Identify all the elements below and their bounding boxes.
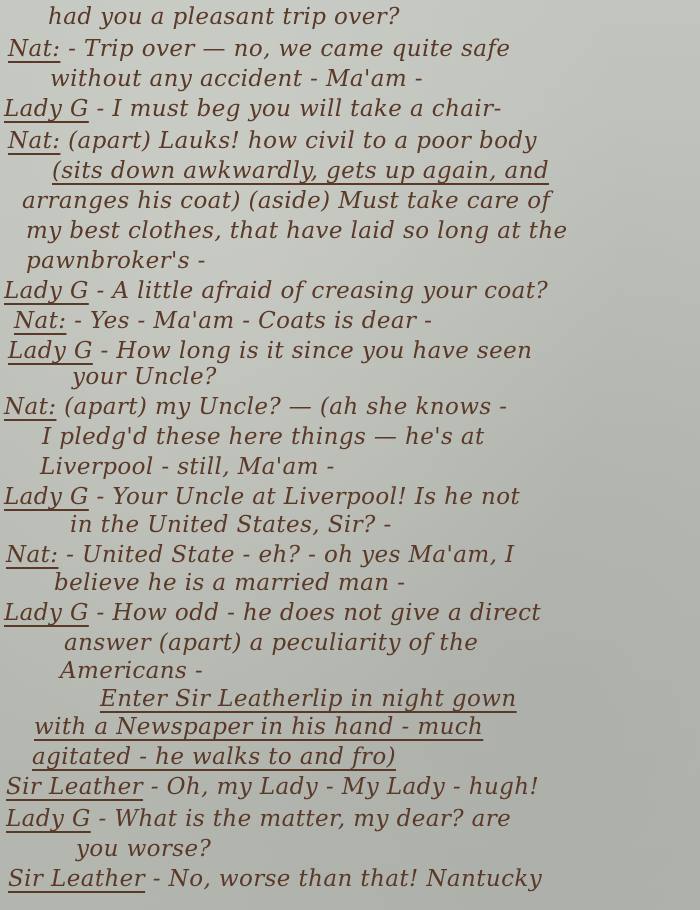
speaker-name: Nat: — [14, 308, 66, 334]
manuscript-line: Americans - — [60, 656, 203, 686]
manuscript-line: in the United States, Sir? - — [70, 510, 392, 540]
manuscript-line: Nat: - United State - eh? - oh yes Ma'am… — [6, 540, 515, 570]
manuscript-page: had you a pleasant trip over? Nat: - Tri… — [0, 0, 700, 910]
line-text: believe he is a married man - — [54, 570, 405, 596]
speaker-name: Lady G — [8, 338, 93, 364]
manuscript-line: believe he is a married man - — [54, 568, 405, 598]
manuscript-line: Nat: (apart) Lauks! how civil to a poor … — [8, 126, 537, 156]
speaker-name: Nat: — [8, 128, 60, 154]
speaker-name: Nat: — [8, 36, 60, 62]
manuscript-line: answer (apart) a peculiarity of the — [64, 628, 478, 658]
line-text: - Your Uncle at Liverpool! Is he not — [97, 484, 521, 510]
line-text: - No, worse than that! Nantucky — [153, 866, 542, 892]
manuscript-line: Nat: - Trip over — no, we came quite saf… — [8, 34, 510, 64]
manuscript-line: had you a pleasant trip over? — [48, 2, 400, 32]
speaker-name: Lady G — [4, 278, 89, 304]
line-text: - How odd - he does not give a direct — [97, 600, 542, 626]
line-text: - I must beg you will take a chair- — [97, 96, 502, 122]
speaker-name: Lady G — [4, 484, 89, 510]
line-text: your Uncle? — [72, 364, 217, 390]
manuscript-line: Nat: (apart) my Uncle? — (ah she knows - — [4, 392, 507, 422]
manuscript-line: Lady G - What is the matter, my dear? ar… — [6, 804, 511, 834]
manuscript-line: Sir Leather - No, worse than that! Nantu… — [8, 864, 542, 894]
manuscript-line: Lady G - Your Uncle at Liverpool! Is he … — [4, 482, 520, 512]
manuscript-line: Liverpool - still, Ma'am - — [40, 452, 335, 482]
line-text: - Yes - Ma'am - Coats is dear - — [74, 308, 432, 334]
line-text: - Trip over — no, we came quite safe — [68, 36, 510, 62]
line-text: in the United States, Sir? - — [70, 512, 392, 538]
line-text: Liverpool - still, Ma'am - — [40, 454, 335, 480]
manuscript-line: I pledg'd these here things — he's at — [42, 422, 485, 452]
manuscript-line: arranges his coat) (aside) Must take car… — [22, 186, 550, 216]
line-text: - Oh, my Lady - My Lady - hugh! — [151, 774, 539, 800]
line-text: I pledg'd these here things — he's at — [42, 424, 485, 450]
line-text: - What is the matter, my dear? are — [99, 806, 512, 832]
line-text: - A little afraid of creasing your coat? — [97, 278, 549, 304]
speaker-name: Nat: — [4, 394, 56, 420]
manuscript-line: my best clothes, that have laid so long … — [26, 216, 568, 246]
speaker-name: Lady G — [4, 600, 89, 626]
line-text: had you a pleasant trip over? — [48, 4, 400, 30]
manuscript-line: (sits down awkwardly, gets up again, and — [52, 156, 549, 186]
line-text: (apart) my Uncle? — (ah she knows - — [64, 394, 507, 420]
stage-direction-line: Enter Sir Leatherlip in night gown — [100, 684, 517, 714]
line-text: pawnbroker's - — [26, 248, 206, 274]
speaker-name: Lady G — [6, 806, 91, 832]
manuscript-line: Lady G - A little afraid of creasing you… — [4, 276, 548, 306]
manuscript-line: you worse? — [76, 834, 211, 864]
line-text: arranges his coat) (aside) Must take car… — [22, 188, 550, 214]
line-text: you worse? — [76, 836, 211, 862]
stage-direction-line: with a Newspaper in his hand - much — [34, 712, 483, 742]
speaker-name: Lady G — [4, 96, 89, 122]
manuscript-line: pawnbroker's - — [26, 246, 206, 276]
line-text: Americans - — [60, 658, 203, 684]
line-text: without any accident - Ma'am - — [50, 66, 423, 92]
manuscript-line: Nat: - Yes - Ma'am - Coats is dear - — [14, 306, 432, 336]
line-text: answer (apart) a peculiarity of the — [64, 630, 478, 656]
manuscript-line: Lady G - How odd - he does not give a di… — [4, 598, 541, 628]
speaker-name: Sir Leather — [8, 866, 145, 892]
stage-direction-line: agitated - he walks to and fro) — [32, 742, 396, 772]
line-text: agitated - he walks to and fro) — [32, 744, 396, 770]
line-text: my best clothes, that have laid so long … — [26, 218, 568, 244]
speaker-name: Sir Leather — [6, 774, 143, 800]
line-text: Enter Sir Leatherlip in night gown — [100, 686, 517, 712]
line-text: (apart) Lauks! how civil to a poor body — [68, 128, 537, 154]
line-text: (sits down awkwardly, gets up again, and — [52, 158, 549, 184]
speaker-name: Nat: — [6, 542, 58, 568]
manuscript-line: Sir Leather - Oh, my Lady - My Lady - hu… — [6, 772, 539, 802]
manuscript-line: Lady G - I must beg you will take a chai… — [4, 94, 502, 124]
manuscript-line: without any accident - Ma'am - — [50, 64, 423, 94]
line-text: - United State - eh? - oh yes Ma'am, I — [66, 542, 514, 568]
line-text: with a Newspaper in his hand - much — [34, 714, 483, 740]
line-text: - How long is it since you have seen — [101, 338, 533, 364]
manuscript-line: your Uncle? — [72, 362, 217, 392]
